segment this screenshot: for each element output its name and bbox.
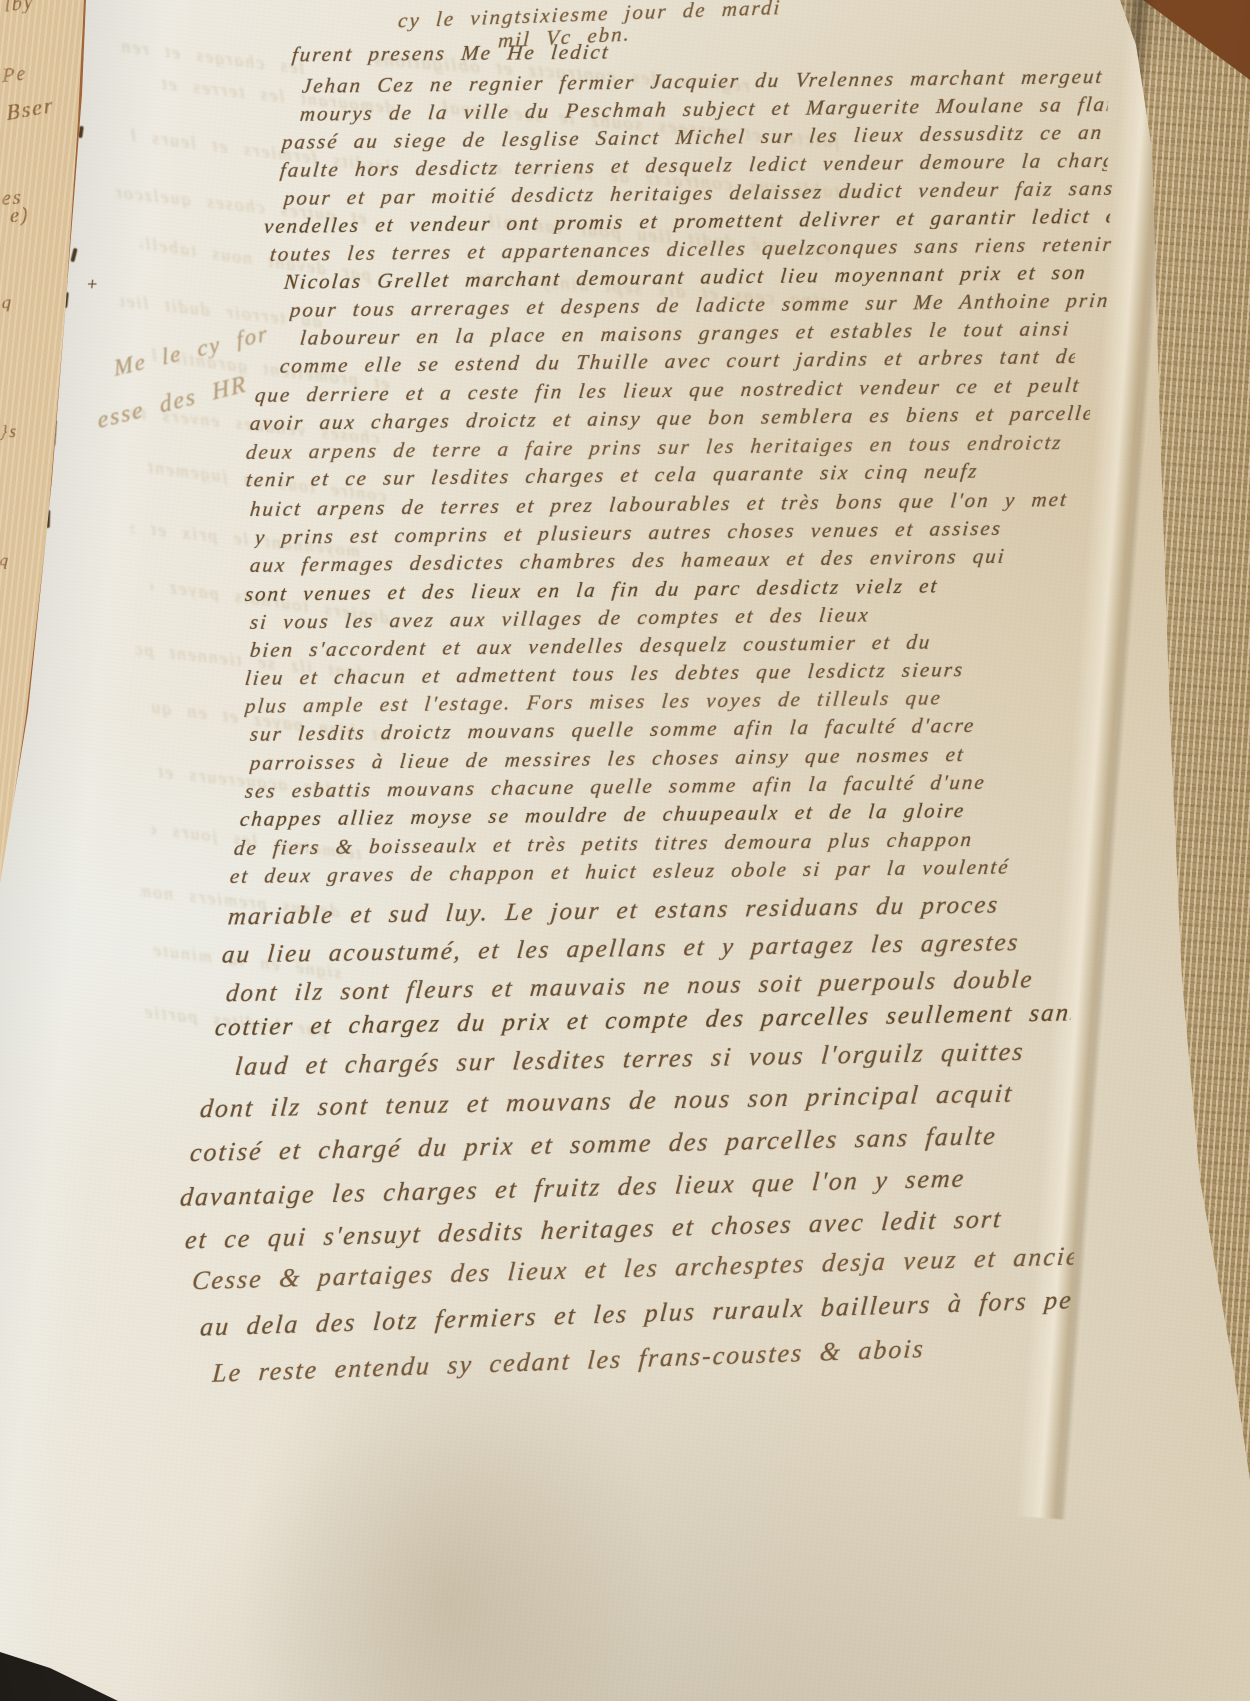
photo-manuscript-page: lbyPeBserese)q}sq les charges et rentes … <box>0 0 1250 1701</box>
binding-stitch <box>70 248 77 263</box>
facing-page-ink-fragment: q <box>2 291 47 312</box>
facing-page-ink-fragment: es <box>2 185 59 209</box>
facing-page-ink-fragment: q <box>0 553 31 570</box>
facing-page-ink-fragment: Bser <box>6 90 78 125</box>
facing-page-ink-fragment: lby <box>4 0 74 16</box>
binding-stitches-layer <box>0 0 1250 1701</box>
facing-page-ink-fragment: }s <box>0 421 37 440</box>
manuscript-page: les charges et rentes dudit lieudemouran… <box>0 0 1250 1701</box>
facing-page-ink-fragment: e) <box>10 201 58 226</box>
facing-page-ink-fragment: Pe <box>2 60 62 86</box>
